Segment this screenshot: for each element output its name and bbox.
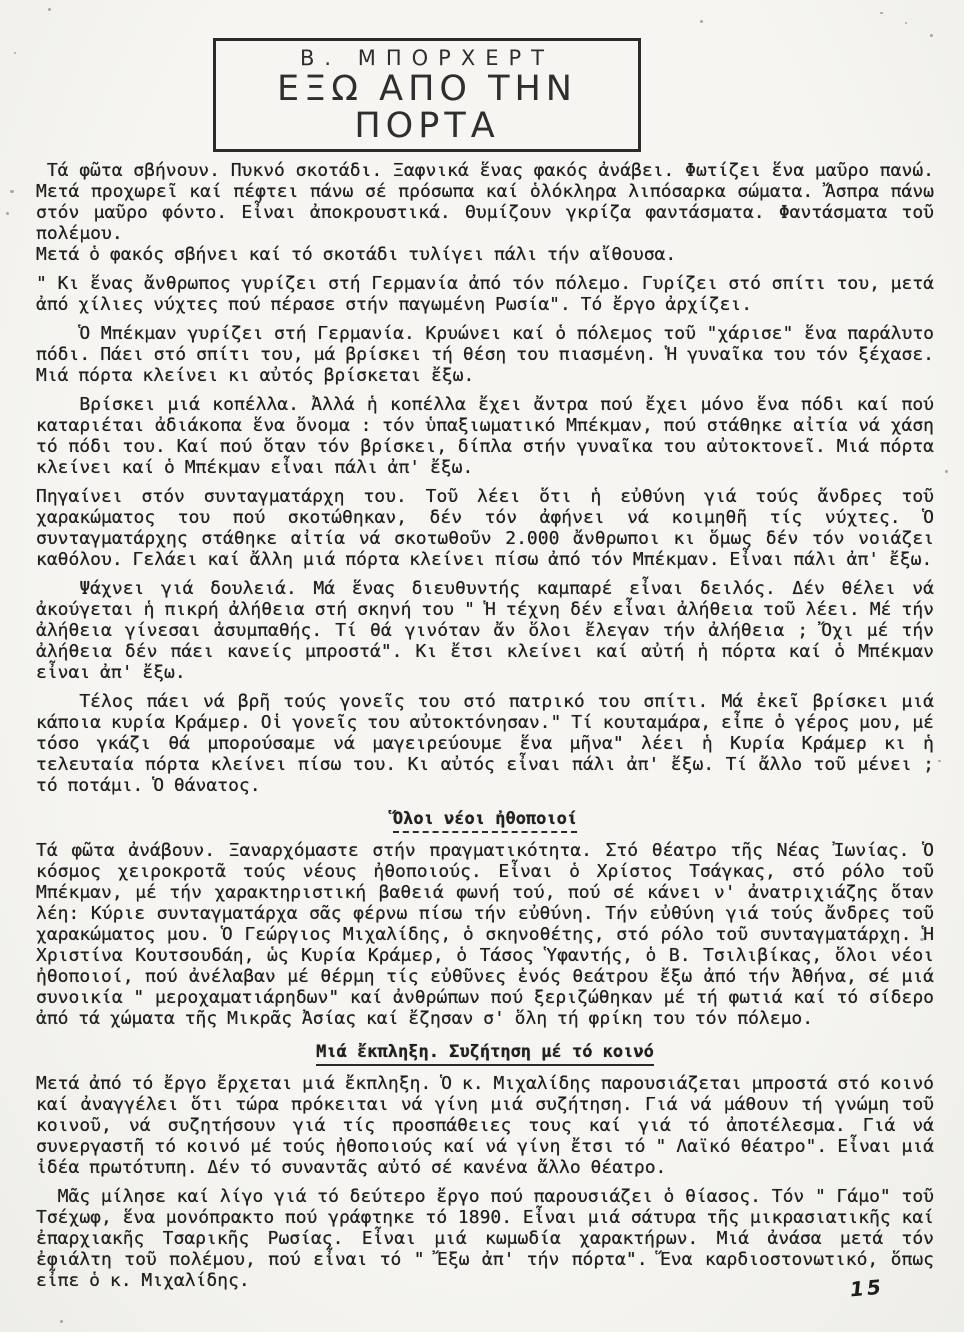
scanned-document-page: Β. ΜΠΟΡΧΕΡΤ ΕΞΩ ΑΠΟ ΤΗΝ ΠΟΡΤΑ Τά φῶτα σβ… [0, 0, 964, 1332]
paragraph-lights-out: Τά φῶτα σβήνουν. Πυκνό σκοτάδι. Ξαφνικά … [36, 160, 934, 244]
paragraph-cabaret: Ψάχνει γιά δουλειά. Μά ἕνας διευθυντής κ… [36, 578, 934, 683]
document-body: Τά φῶτα σβήνουν. Πυκνό σκοτάδι. Ξαφνικά … [36, 160, 934, 1299]
paragraph-man-returns: " Κι ἕνας ἄνθρωπος γυρίζει στή Γερμανία … [36, 273, 934, 315]
photocopy-speck [930, 34, 933, 37]
section-heading-surprise: Μιά ἔκπληξη. Συζήτηση μέ τό κοινό [36, 1042, 934, 1062]
paragraph-parents: Τέλος πάει νά βρῆ τούς γονεῖς του στό πα… [36, 691, 934, 796]
photocopy-speck [938, 760, 941, 762]
page-number: 15 [849, 1275, 885, 1302]
section-heading-actors-text: Ὅλοι νέοι ἠθοποιοί [393, 809, 577, 833]
photocopy-speck [905, 22, 907, 24]
paragraph-second-play: Μᾶς μίλησε καί λίγο γιά τό δεύτερο ἔργο … [36, 1186, 934, 1291]
section-heading-surprise-text: Μιά ἔκπληξη. Συζήτηση μέ τό κοινό [316, 1042, 654, 1066]
photocopy-speck [60, 1320, 63, 1323]
photocopy-speck [48, 8, 51, 11]
photocopy-speck [10, 190, 14, 193]
document-title: ΕΞΩ ΑΠΟ ΤΗΝ ΠΟΡΤΑ [216, 71, 638, 145]
paragraph-girl: Βρίσκει μιά κοπέλλα. Ἀλλά ἡ κοπέλλα ἔχει… [36, 394, 934, 478]
paragraph-torch-off: Μετά ὁ φακός σβήνει καί τό σκοτάδι τυλίγ… [36, 244, 934, 265]
document-author: Β. ΜΠΟΡΧΕΡΤ [216, 46, 638, 70]
title-box: Β. ΜΠΟΡΧΕΡΤ ΕΞΩ ΑΠΟ ΤΗΝ ΠΟΡΤΑ [213, 38, 641, 152]
photocopy-speck [700, 20, 703, 23]
paragraph-colonel: Πηγαίνει στόν συνταγματάρχη του. Τοῦ λέε… [36, 486, 934, 570]
paragraph-discussion: Μετά ἀπό τό ἔργο ἔρχεται μιά ἔκπληξη. Ὁ … [36, 1073, 934, 1178]
photocopy-speck [880, 12, 883, 14]
paragraph-beckmann-returns: Ὁ Μπέκμαν γυρίζει στή Γερμανία. Κρυώνει … [36, 323, 934, 386]
photocopy-speck [14, 52, 16, 54]
photocopy-speck [945, 470, 948, 473]
photocopy-speck [6, 212, 9, 215]
section-heading-actors: Ὅλοι νέοι ἠθοποιοί [36, 809, 934, 829]
paragraph-young-actors: Τά φῶτα ἀνάβουν. Ξαναρχόμαστε στήν πραγμ… [36, 840, 934, 1029]
photocopy-speck [920, 938, 924, 941]
